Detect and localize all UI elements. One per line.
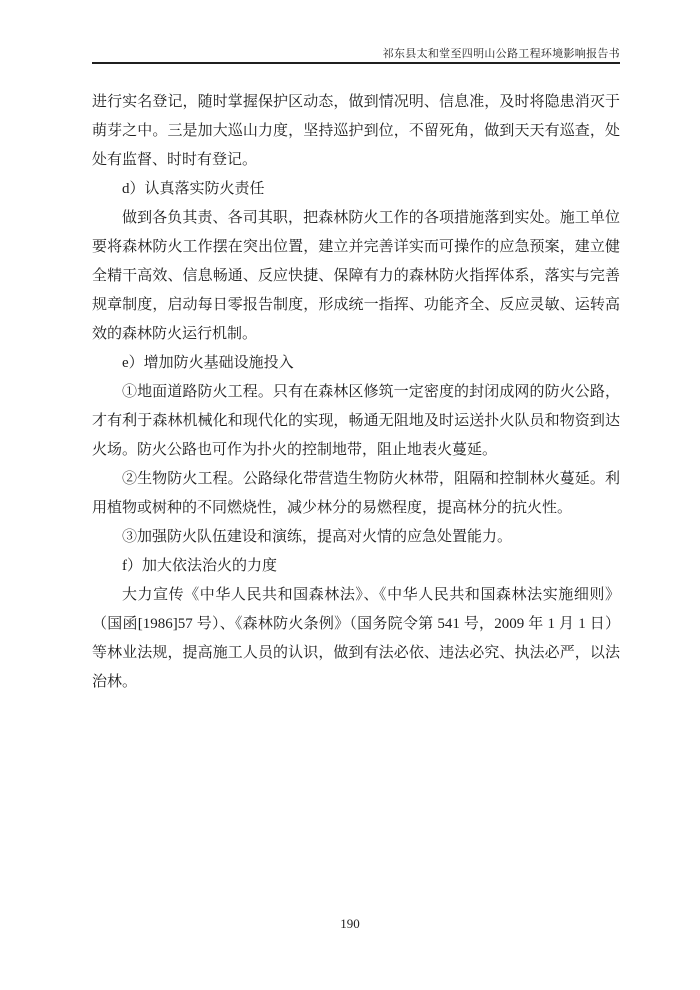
page-number: 190 (0, 916, 700, 932)
subsection-heading-d: d）认真落实防火责任 (92, 175, 620, 204)
document-page: 祁东县太和堂至四明山公路工程环境影响报告书 进行实名登记，随时掌握保护区动态，做… (0, 0, 700, 990)
paragraph: 做到各负其责、各司其职，把森林防火工作的各项措施落到实处。施工单位要将森林防火工… (92, 204, 620, 349)
subsection-heading-f: f）加大依法治火的力度 (92, 552, 620, 581)
paragraph-item-3: ③加强防火队伍建设和演练，提高对火情的应急处置能力。 (92, 523, 620, 552)
paragraph-item-1: ①地面道路防火工程。只有在森林区修筑一定密度的封闭成网的防火公路，才有利于森林机… (92, 378, 620, 465)
paragraph-item-2: ②生物防火工程。公路绿化带营造生物防火林带，阻隔和控制林火蔓延。利用植物或树种的… (92, 465, 620, 523)
subsection-heading-e: e）增加防火基础设施投入 (92, 349, 620, 378)
paragraph: 大力宣传《中华人民共和国森林法》、《中华人民共和国森林法实施细则》（国函[198… (92, 581, 620, 697)
page-header-title: 祁东县太和堂至四明山公路工程环境影响报告书 (92, 45, 620, 61)
header-divider-line (92, 62, 620, 64)
paragraph-continuation: 进行实名登记，随时掌握保护区动态，做到情况明、信息准，及时将隐患消灭于萌芽之中。… (92, 88, 620, 175)
document-body: 进行实名登记，随时掌握保护区动态，做到情况明、信息准，及时将隐患消灭于萌芽之中。… (92, 88, 620, 697)
